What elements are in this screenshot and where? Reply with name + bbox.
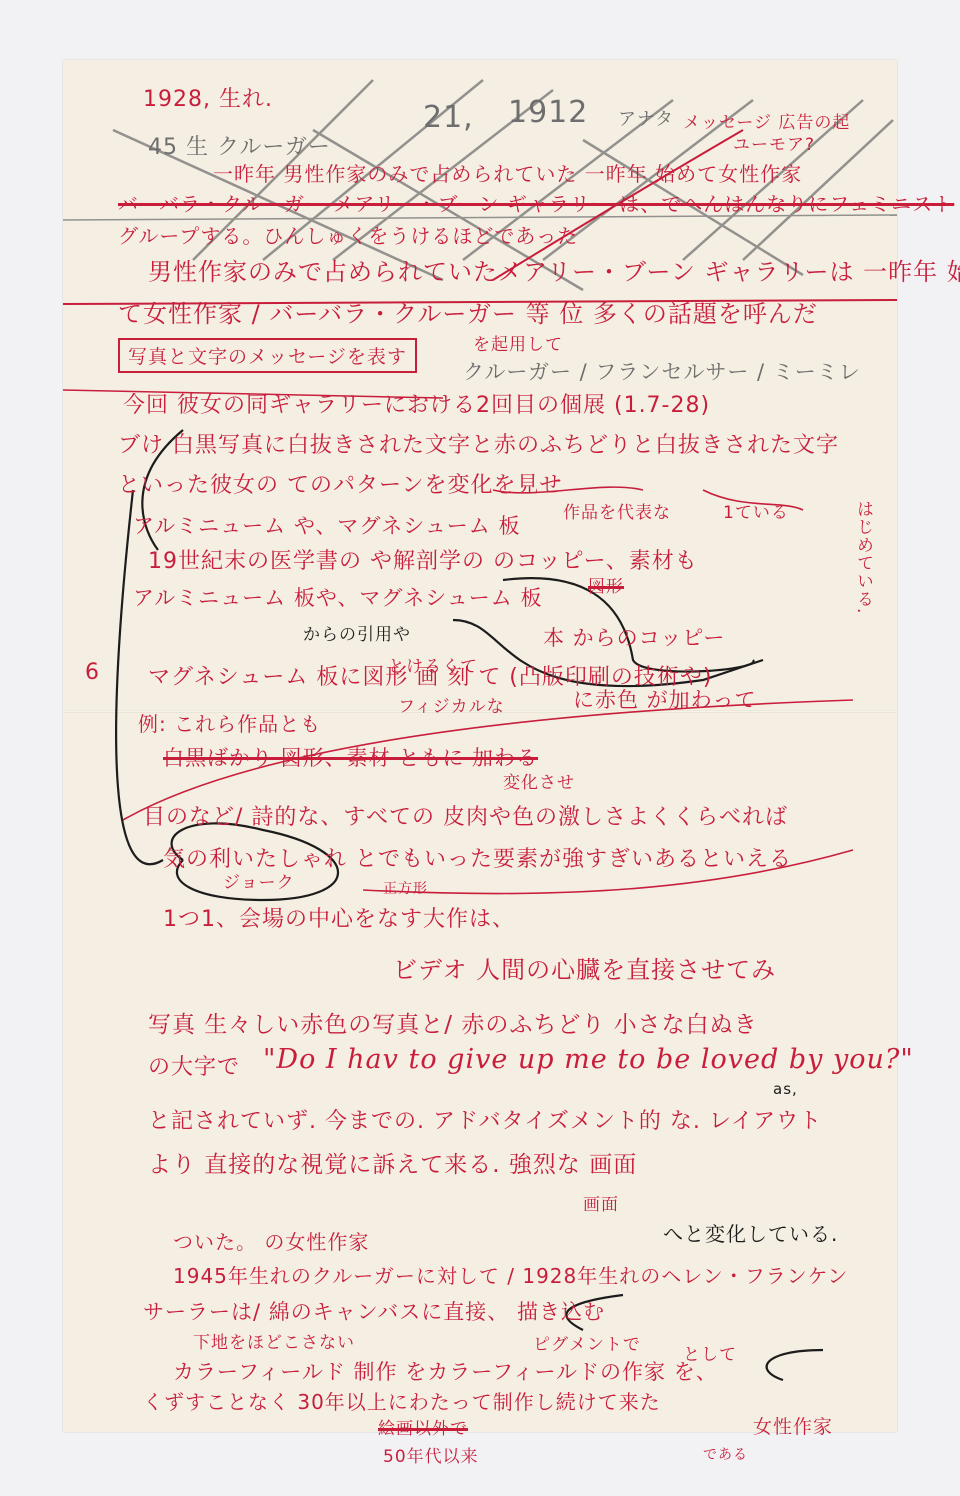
line-1: 一昨年 男性作家のみで占められていた 一昨年 始めて女性作家: [213, 158, 802, 187]
line-24-sub: 画面: [583, 1190, 619, 1215]
line-11: アルミニューム 板や、マグネシューム 板: [133, 582, 542, 612]
line-6: 今回 彼女の同ギャラリーにおける2回目の個展 (1.7-28): [123, 388, 710, 419]
line-10-sub: 図形: [588, 572, 624, 597]
line-8-sub: 作品を代表な: [563, 498, 671, 523]
line-5: て女性作家 / バーバラ・クルーガー 等 位 多くの話題を呼んだ: [118, 294, 818, 329]
line-29-right: 女性作家: [753, 1412, 833, 1439]
line-29-sub2: 50年代以来: [383, 1442, 479, 1467]
line-15: 例: これら作品とも: [138, 708, 321, 737]
birth-year-note: 1928, 生れ.: [143, 82, 273, 113]
line-28: カラーフィールド 制作 をカラーフィールドの作家 を、: [173, 1356, 718, 1386]
line-4: 男性作家のみで占められていたメアリー・ブーン ギャラリーは 一昨年 始め: [148, 252, 960, 287]
line-12-black: からの引用や: [303, 620, 411, 645]
line-25-black: へと変化している.: [663, 1218, 838, 1247]
line-7: ブけ 白黒写真に白抜きされた文字と赤のふちどりと白抜きされた文字: [118, 428, 839, 459]
line-16-sub: 変化させ: [503, 768, 575, 793]
line-29-right-sub: である: [703, 1444, 748, 1464]
line-21: 写真 生々しい赤色の写真と/ 赤のふちどり 小さな白ぬき: [148, 1006, 758, 1039]
top-right-subnote: ユーモア?: [733, 130, 815, 155]
line-26: 1945年生れのクルーガーに対して / 1928年生れのヘレン・フランケン: [173, 1260, 848, 1289]
line-23: と記されていず. 今までの. アドバタイズメント的 な. レイアウト: [148, 1104, 822, 1135]
line-8-sub2: 1ている: [723, 498, 789, 523]
line-5-sub: を起用して: [473, 330, 563, 355]
line-22-prefix: の大字で: [148, 1050, 240, 1081]
line-22-english-quote: "Do I hav to give up me to be loved by y…: [263, 1044, 914, 1075]
line-20: ビデオ 人間の心臓を直接させてみ: [393, 950, 776, 985]
line-24: より 直接的な視覚に訴えて来る. 強烈な 画面: [148, 1146, 637, 1179]
right-margin-note: はじめている.: [851, 500, 876, 614]
line-29: くずすことなく 30年以上にわたって制作し続けて来た: [143, 1386, 661, 1415]
line-27-sub2: ピグメントで: [533, 1330, 641, 1355]
line-23-sup: as,: [773, 1080, 798, 1098]
line-17: 目のなど/ 詩的な、すべての 皮肉や色の激しさよくくらべれば: [143, 800, 788, 831]
line-13-sub2: フィジカルな: [398, 692, 505, 717]
line-11-right: 本 からのコッピー: [543, 622, 725, 652]
line-10: 19世紀末の医学書の や解剖学の のコッピー、素材も: [148, 544, 698, 575]
pencil-note-45: 45 生 クルーガー: [148, 130, 331, 161]
line-8: といった彼女の てのパターンを変化を見せ: [118, 468, 563, 499]
pencil-note-1912: 1912: [508, 95, 588, 130]
line-27-sub: 下地をほどこさない: [193, 1328, 355, 1353]
boxed-note-photo-text: 写真と文字のメッセージを表す: [118, 338, 417, 373]
manuscript-page: 1928, 生れ. 21, 1912 アナタ 45 生 クルーガー メッセージ …: [63, 60, 897, 1432]
pencil-note-21: 21,: [423, 100, 474, 135]
line-18-joke: ジョーク: [223, 868, 295, 893]
line-3: グループする。ひんしゅくをうけるほどであった: [118, 220, 578, 249]
line-5-pencil: クルーガー / フランセルサー / ミーミレ: [463, 356, 861, 386]
line-9: アルミニューム や、マグネシューム 板: [133, 510, 520, 540]
line-19: 1つ1、会場の中心をなす大作は、: [163, 902, 515, 933]
line-16: 白黒ばかり 図形、素材 ともに 加わる: [163, 742, 538, 772]
line-27: サーラーは/ 綿のキャンバスに直接、 描き込む: [143, 1296, 605, 1326]
line-29-sub: 絵画以外で: [378, 1414, 468, 1439]
left-margin-number: 6: [85, 660, 100, 685]
line-18-sub: 正方形: [383, 878, 428, 898]
line-25: ついた。 の女性作家: [173, 1226, 369, 1255]
pencil-note-katakana: アナタ: [618, 105, 674, 131]
line-14: に赤色 が加わって: [573, 684, 756, 714]
line-2: バーバラ・クルーガー メアリー・ブーン ギャラリー は、でへんはんなりにフェミニ…: [118, 188, 954, 217]
